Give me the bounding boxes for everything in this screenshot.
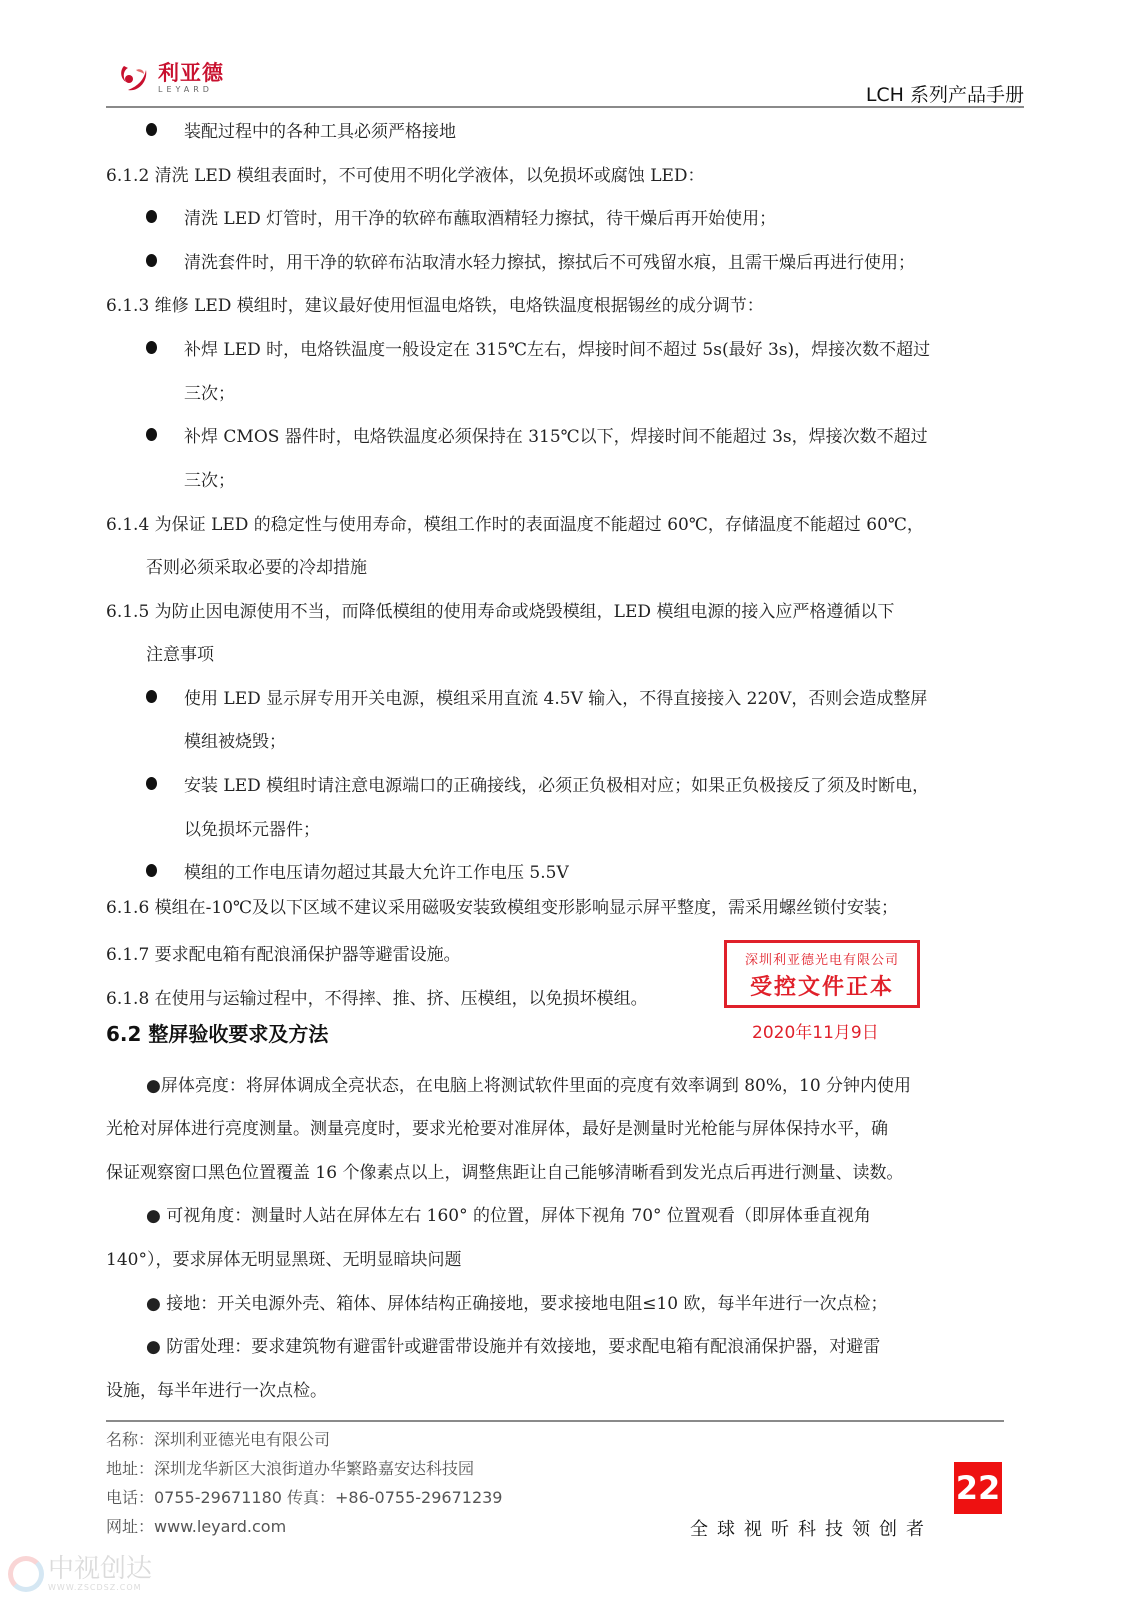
company-name: 名称：深圳利亚德光电有限公司 bbox=[106, 1426, 503, 1455]
bullet-icon bbox=[146, 777, 157, 790]
section-item-6-1-6: 6.1.6 模组在-10℃及以下区域不建议采用磁吸安装致模组变形影响显示屏平整度… bbox=[106, 893, 898, 918]
leyard-logo-icon bbox=[116, 60, 152, 96]
page-number-badge: 22 bbox=[954, 1462, 1002, 1514]
bullet-icon bbox=[146, 864, 157, 877]
bullet-item: 清洗 LED 灯管时，用干净的软碎布蘸取酒精轻力擦拭，待干燥后再开始使用； bbox=[184, 204, 776, 229]
stamp-date: 2020年11月9日 bbox=[752, 1018, 879, 1043]
bullet-item: 使用 LED 显示屏专用开关电源，模组采用直流 4.5V 输入，不得直接接入 2… bbox=[184, 684, 927, 709]
stamp-title: 受控文件正本 bbox=[727, 970, 917, 1001]
bullet-item: 补焊 CMOS 器件时，电烙铁温度必须保持在 315℃以下，焊接时间不能超过 3… bbox=[184, 422, 928, 447]
bullet-icon bbox=[146, 123, 157, 136]
leyard-logo: 利亚德 LEYARD bbox=[116, 60, 224, 96]
paragraph-line: 设施，每半年进行一次点检。 bbox=[106, 1376, 327, 1401]
bullet-item: 清洗套件时，用干净的软碎布沾取清水轻力擦拭，擦拭后不可残留水痕，且需干燥后再进行… bbox=[184, 248, 915, 273]
paragraph-line: ● 防雷处理：要求建筑物有避雷针或避雷带设施并有效接地，要求配电箱有配浪涌保护器… bbox=[146, 1332, 880, 1357]
bullet-icon bbox=[146, 341, 157, 354]
section-continuation: 否则必须采取必要的冷却措施 bbox=[146, 553, 367, 578]
stamp-company: 深圳利亚德光电有限公司 bbox=[727, 949, 917, 968]
company-slogan: 全球视听科技领创者 bbox=[690, 1515, 933, 1541]
bullet-item: 补焊 LED 时，电烙铁温度一般设定在 315℃左右，焊接时间不超过 5s(最好… bbox=[184, 335, 930, 360]
section-continuation: 注意事项 bbox=[146, 640, 214, 665]
watermark-text-en: WWW.ZSCDSZ.COM bbox=[48, 1583, 152, 1592]
section-item-6-1-8: 6.1.8 在使用与运输过程中，不得摔、推、挤、压模组，以免损坏模组。 bbox=[106, 984, 648, 1009]
logo-text-en: LEYARD bbox=[158, 85, 224, 95]
bullet-continuation: 三次； bbox=[184, 379, 235, 404]
section-item-6-1-5: 6.1.5 为防止因电源使用不当，而降低模组的使用寿命或烧毁模组，LED 模组电… bbox=[106, 597, 894, 622]
document-title: LCH 系列产品手册 bbox=[866, 80, 1024, 107]
paragraph-line: ●屏体亮度：将屏体调成全亮状态，在电脑上将测试软件里面的亮度有效率调到 80%，… bbox=[146, 1071, 911, 1096]
bullet-continuation: 模组被烧毁； bbox=[184, 727, 286, 752]
paragraph-line: ● 可视角度：测量时人站在屏体左右 160° 的位置，屏体下视角 70° 位置观… bbox=[146, 1201, 871, 1226]
section-item-6-1-3: 6.1.3 维修 LED 模组时，建议最好使用恒温电烙铁，电烙铁温度根据锡丝的成… bbox=[106, 291, 764, 316]
watermark-logo-icon bbox=[8, 1556, 44, 1592]
company-phone-fax: 电话：0755-29671180 传真：+86-0755-29671239 bbox=[106, 1484, 503, 1513]
footer-divider bbox=[106, 1420, 1004, 1422]
paragraph-line: 光枪对屏体进行亮度测量。测量亮度时，要求光枪要对准屏体，最好是测量时光枪能与屏体… bbox=[106, 1114, 888, 1139]
section-heading-6-2: 6.2 整屏验收要求及方法 bbox=[106, 1018, 328, 1047]
header-divider bbox=[106, 106, 1024, 108]
section-item-6-1-7: 6.1.7 要求配电箱有配浪涌保护器等避雷设施。 bbox=[106, 940, 461, 965]
bullet-icon bbox=[146, 210, 157, 223]
company-website[interactable]: 网址：www.leyard.com bbox=[106, 1513, 503, 1542]
bullet-item: 装配过程中的各种工具必须严格接地 bbox=[184, 117, 456, 142]
company-address: 地址：深圳龙华新区大浪街道办华繁路嘉安达科技园 bbox=[106, 1455, 503, 1484]
bullet-continuation: 以免损坏元器件； bbox=[184, 815, 320, 840]
bullet-item: 安装 LED 模组时请注意电源端口的正确接线，必须正负极相对应；如果正负极接反了… bbox=[184, 771, 929, 796]
bullet-icon bbox=[146, 690, 157, 703]
page-header: 利亚德 LEYARD LCH 系列产品手册 bbox=[106, 58, 1024, 110]
bullet-icon bbox=[146, 254, 157, 267]
watermark: 中视创达 WWW.ZSCDSZ.COM bbox=[8, 1555, 152, 1592]
paragraph-line: ● 接地：开关电源外壳、箱体、屏体结构正确接地，要求接地电阻≤10 欧，每半年进… bbox=[146, 1289, 888, 1314]
paragraph-line: 保证观察窗口黑色位置覆盖 16 个像素点以上，调整焦距让自己能够清晰看到发光点后… bbox=[106, 1158, 903, 1183]
section-item-6-1-2: 6.1.2 清洗 LED 模组表面时，不可使用不明化学液体，以免损坏或腐蚀 LE… bbox=[106, 161, 705, 186]
logo-text-cn: 利亚德 bbox=[158, 61, 224, 85]
company-info: 名称：深圳利亚德光电有限公司 地址：深圳龙华新区大浪街道办华繁路嘉安达科技园 电… bbox=[106, 1426, 503, 1542]
watermark-text-cn: 中视创达 bbox=[48, 1555, 152, 1583]
bullet-icon bbox=[146, 428, 157, 441]
controlled-document-stamp: 深圳利亚德光电有限公司 受控文件正本 bbox=[724, 940, 920, 1008]
paragraph-line: 140°），要求屏体无明显黑斑、无明显暗块问题 bbox=[106, 1245, 461, 1270]
bullet-item: 模组的工作电压请勿超过其最大允许工作电压 5.5V bbox=[184, 858, 569, 883]
section-item-6-1-4: 6.1.4 为保证 LED 的稳定性与使用寿命，模组工作时的表面温度不能超过 6… bbox=[106, 510, 924, 535]
bullet-continuation: 三次； bbox=[184, 466, 235, 491]
